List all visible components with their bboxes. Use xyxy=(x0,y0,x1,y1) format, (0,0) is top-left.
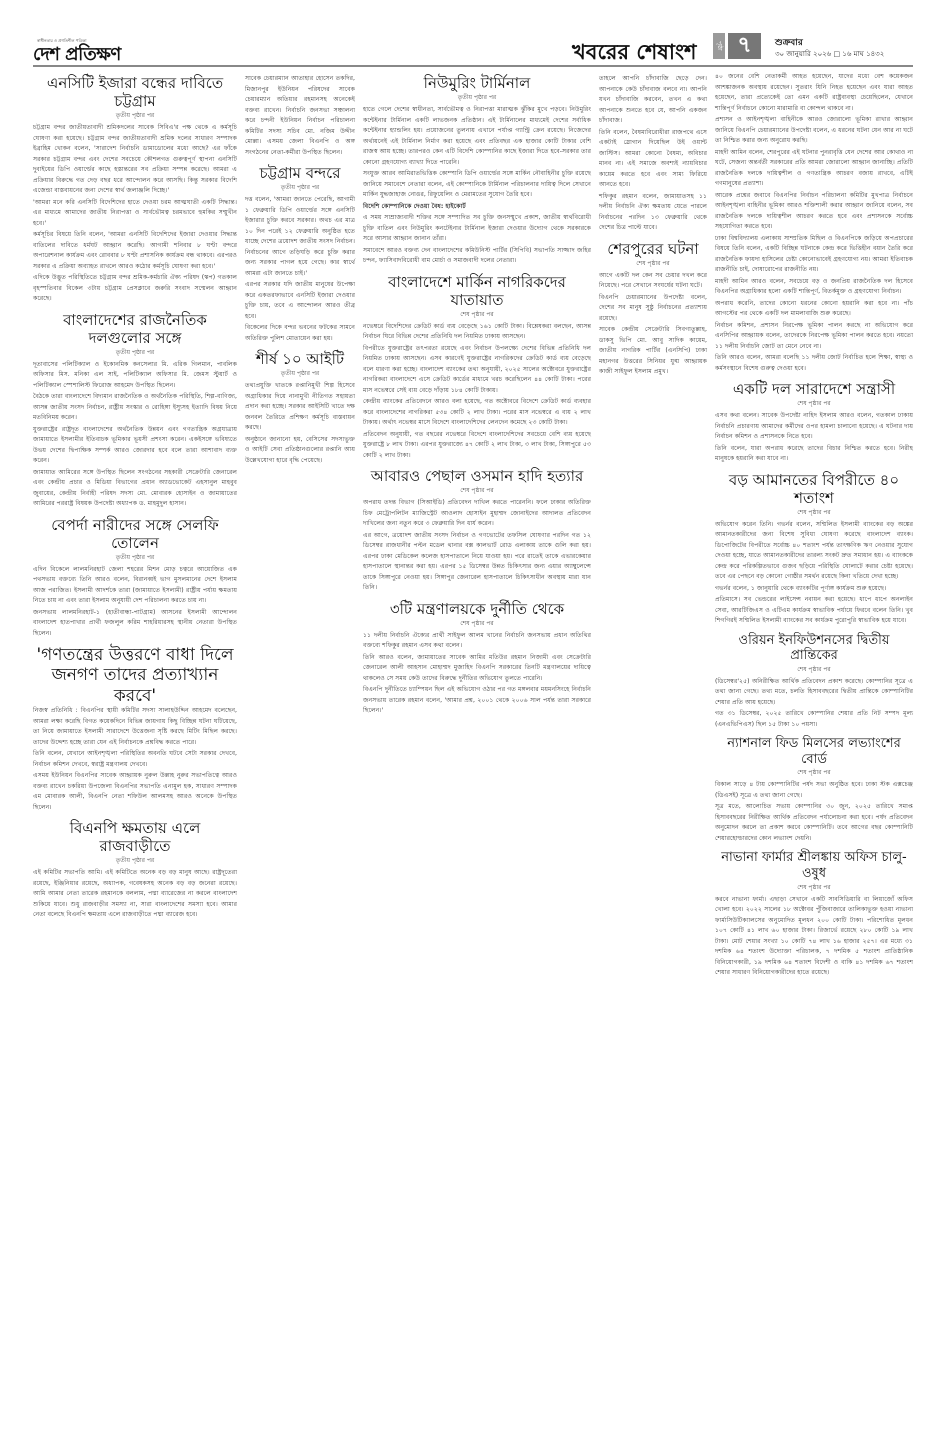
paragraph: কেন্দ্রীয় ব্যাংকের প্রতিবেদনে আরও বলা হ… xyxy=(363,397,591,429)
jump-line: তৃতীয় পৃষ্ঠার পর xyxy=(245,368,355,379)
paragraph: বৈঠকে তারা বাংলাদেশে বিদ্যমান রাজনৈতিক ও… xyxy=(33,392,237,424)
paragraph: তিনি বলেন, যারা অপরাধ করেছে তাদের বিচার … xyxy=(715,444,913,465)
paragraph: শফিকুর রহমান বলেন, জামায়াতসহ ১১ দলীয় ন… xyxy=(599,192,707,234)
paragraph: যুক্তরাষ্ট্রের রাষ্ট্রদূত বাংলাদেশের অর্… xyxy=(33,425,237,467)
jump-line: শেষ পৃষ্ঠার পর xyxy=(599,258,707,269)
paragraph: গত ৩১ ডিসেম্বর, ২০২৫ তারিখে কোম্পানির শে… xyxy=(715,709,913,730)
paragraph: বিএনপি দুর্নীতিতে চ্যাম্পিয়ন ছিল এই অভি… xyxy=(363,685,591,717)
paragraph: তিনি আরও বলেন, জামায়াতের সাবেক আমির মতি… xyxy=(363,653,591,685)
article-nct-lease: এনসিটি ইজারা বন্ধের দাবিতে চট্টগ্রাম তৃত… xyxy=(33,74,237,305)
paragraph: নভেম্বরে বিদেশিদের ক্রেডিট কার্ড ব্যয় ব… xyxy=(363,322,591,343)
article-top-10-it: শীর্ষ ১০ আইটি তৃতীয় পৃষ্ঠার পর তথ্যপ্রয… xyxy=(245,350,355,466)
paragraph: জামায়াত আমিরের সঙ্গে উপস্থিত ছিলেন সংগঠ… xyxy=(33,468,237,510)
paragraph: অনুষ্ঠানে জানানো হয়, বেসিসের সদস্যভুক্ত… xyxy=(245,435,355,467)
article-democracy: 'গণতন্ত্রের উত্তরণে বাধা দিলে জনগণ তাদের… xyxy=(33,645,237,813)
headline: নিউমুরিং টার্মিনাল xyxy=(363,74,591,92)
article-continuation-chandni: সাবেক চেয়ারম্যান আতাহার হোসেন তকদির, মি… xyxy=(245,74,355,158)
jump-line: তৃতীয় পৃষ্ঠার পর xyxy=(33,110,237,121)
article-terrorist-party: একটি দল সারাদেশে সন্ত্রাসী শেষ পৃষ্ঠার প… xyxy=(715,380,913,465)
paragraph: এসব কথা বলেন। সাবেক উপদেষ্টা নাহিদ ইসলাম… xyxy=(715,411,913,443)
headline: বেপর্দা নারীদের সঙ্গে সেলফি তোলেন xyxy=(33,516,237,552)
article-navana-pharma: নাভানা ফার্মার শ্রীলঙ্কায় অফিস চালু-ওষু… xyxy=(715,850,913,978)
paragraph: করবে নাভানা ফার্মা। এছাড়া সেখানে একটি স… xyxy=(715,895,913,979)
article-orion-infusions: ওরিয়ন ইনফিউশনসের দ্বিতীয় প্রান্তিকের শ… xyxy=(715,633,913,731)
article-national-feed-mills: ন্যাশনাল ফিড মিলসের লভ্যাংশের বোর্ড শেষ … xyxy=(715,736,913,844)
article-osman-hadi: আবারও পেছাল ওসমান হাদি হত্যার শেষ পৃষ্ঠা… xyxy=(363,467,591,594)
paragraph: এরপর সরকার যদি জাতীয় মানুষের উপেক্ষা কর… xyxy=(245,280,355,322)
paragraph: কর্মসূচির বিষয়ে তিনি বলেন, 'আমরা এনসিটি… xyxy=(33,230,237,272)
page-body: এনসিটি ইজারা বন্ধের দাবিতে চট্টগ্রাম তৃত… xyxy=(33,68,913,1448)
headline: শেরপুরের ঘটনা xyxy=(599,240,707,258)
paragraph: গভর্নর বলেন, ১ জানুয়ারি থেকে ব্যাংকটির … xyxy=(715,584,913,595)
column-4: তাহলে আপনি চাঁদাবাজি ছেড়ে দেন। আপনাকে ক… xyxy=(599,68,707,382)
article-three-ministries: ৩টি মন্ত্রণালয়কে দুর্নীতি থেকে শেষ পৃষ্… xyxy=(363,600,591,717)
paragraph: এদিন বিকেলে লালমনিরহাট জেলা শহরের মিশন ম… xyxy=(33,565,237,607)
headline: বাংলাদেশে মার্কিন নাগরিকদের যাতায়াত xyxy=(363,273,591,309)
paragraph: অপরাধ তদন্ত বিভাগ (সিআইডি) প্রতিবেদন দাখ… xyxy=(363,498,591,530)
paragraph: ঢাকা বিশ্ববিদ্যালয় এলাকায় সাম্প্রতিক ম… xyxy=(715,234,913,276)
paragraph: বিকেলের দিকে বন্দর ভবনের ফটকের সামনে অতি… xyxy=(245,323,355,344)
masthead-divider xyxy=(33,65,913,67)
paragraph: বিপরীতে যুক্তরাষ্ট্রের তৎপরতা রয়েছে এবং… xyxy=(363,344,591,397)
article-continuation-mahdi-amin: ৪০ জনের বেশি নেতাকর্মী আহত হয়েছেন, যাদে… xyxy=(715,72,913,374)
headline: ওরিয়ন ইনফিউশনসের দ্বিতীয় প্রান্তিকের xyxy=(715,633,913,664)
paragraph: এর আগে, ত্রয়োদশ জাতীয় সংসদ নির্বাচন ও … xyxy=(363,531,591,594)
headline: বড় আমানতের বিপরীতে ৪০ শতাংশ xyxy=(715,471,913,507)
paragraph: মাহদী আমিন বলেন, শেরপুরের এই ঘটনার পুনরা… xyxy=(715,148,913,190)
jump-line: শেষ পৃষ্ঠার পর xyxy=(363,309,591,320)
paragraph: সাবেক চেয়ারম্যান আতাহার হোসেন তকদির, মি… xyxy=(245,74,355,158)
article-selfie: বেপর্দা নারীদের সঙ্গে সেলফি তোলেন তৃতীয়… xyxy=(33,516,237,640)
paragraph: ১১ দলীয় নির্বাচনি ঐক্যের প্রার্থী সাইফু… xyxy=(363,631,591,652)
article-us-citizens: বাংলাদেশে মার্কিন নাগরিকদের যাতায়াত শেষ… xyxy=(363,273,591,462)
paragraph: (ডিসেম্বর'২৫) অনিরীক্ষিত আর্থিক প্রতিবেদ… xyxy=(715,677,913,709)
paragraph: সংযুক্ত আরব আমিরাতভিত্তিক কোম্পানি ডিপি … xyxy=(363,169,591,201)
paragraph: মাহদী আমিন আরও বলেন, সবচেয়ে বড় ও জনপ্র… xyxy=(715,277,913,298)
paragraph: প্রতিবেদন অনুযায়ী, গত বছরের নভেম্বরে বি… xyxy=(363,430,591,462)
headline: ৩টি মন্ত্রণালয়কে দুর্নীতি থেকে xyxy=(363,600,591,618)
paragraph: বিএনপি চেয়ারম্যানের উপদেষ্টা বলেন, দেশে… xyxy=(599,293,707,325)
jump-line: শেষ পৃষ্ঠার পর xyxy=(715,664,913,675)
paragraph: প্রশাসন ও আইনশৃঙ্খলা বাহিনীকে আরও জোরালো… xyxy=(715,115,913,147)
column-3: নিউমুরিং টার্মিনাল তৃতীয় পৃষ্ঠার পর হাত… xyxy=(363,68,591,721)
headline: এনসিটি ইজারা বন্ধের দাবিতে চট্টগ্রাম xyxy=(33,74,237,110)
paragraph: বিকাল সাড়ে ৪ টায় কোম্পানিটির পর্ষদ সভা… xyxy=(715,780,913,801)
paragraph: দত্ত বলেন, 'আমরা জানতে পেরেছি, আগামী ১ ফ… xyxy=(245,195,355,279)
article-newmooring: নিউমুরিং টার্মিনাল তৃতীয় পৃষ্ঠার পর হাত… xyxy=(363,74,591,267)
page-number: ৭ xyxy=(728,33,761,59)
jump-line: শেষ পৃষ্ঠার পর xyxy=(715,767,913,778)
jump-line: তৃতীয় পৃষ্ঠার পর xyxy=(245,182,355,193)
paragraph: এদিকে উদ্ভূত পরিস্থিতিতে চট্টগ্রাম বন্দর… xyxy=(33,273,237,305)
column-1: এনসিটি ইজারা বন্ধের দাবিতে চট্টগ্রাম তৃত… xyxy=(33,68,237,925)
paragraph: এ সময় সাম্রাজ্যবাদী শক্তির সঙ্গে সম্পাদ… xyxy=(363,213,591,245)
paragraph: আগে একটি দল কেন সব চেয়ার দখল করে নিয়েছ… xyxy=(599,271,707,292)
headline: চট্টগ্রাম বন্দরে xyxy=(245,164,355,182)
paragraph: সমাবেশে আরও বক্তব্য দেন বাংলাদেশের কমিউন… xyxy=(363,246,591,267)
paragraph: তিনি আরও বলেন, আমরা বলেছি ১১ দলীয় জোট ন… xyxy=(715,353,913,374)
paragraph: 'আমরা মনে করি এনসিটি বিদেশিদের হাতে দেওয… xyxy=(33,198,237,230)
headline: শীর্ষ ১০ আইটি xyxy=(245,350,355,368)
jump-line: শেষ পৃষ্ঠার পর xyxy=(715,882,913,893)
paragraph: তথ্যপ্রযুক্তি খাতকে রপ্তানিমুখী শিল্প হি… xyxy=(245,381,355,434)
jump-line: তৃতীয় পৃষ্ঠার পর xyxy=(33,552,237,563)
paragraph: নিজস্ব প্রতিনিধি : বিএনপির স্থায়ী কমিটি… xyxy=(33,706,237,748)
headline: ন্যাশনাল ফিড মিলসের লভ্যাংশের বোর্ড xyxy=(715,736,913,767)
headline: একটি দল সারাদেশে সন্ত্রাসী xyxy=(715,380,913,398)
jump-line: শেষ পৃষ্ঠার পর xyxy=(715,507,913,518)
headline: আবারও পেছাল ওসমান হাদি হত্যার xyxy=(363,467,591,485)
paragraph: তাহলে আপনি চাঁদাবাজি ছেড়ে দেন। আপনাকে ক… xyxy=(599,74,707,127)
page-label: পৃষ্ঠা xyxy=(713,33,725,59)
masthead: স্বাধীনতার ও প্রগতিশীল পত্রিকা দেশ প্রতি… xyxy=(0,0,945,52)
paragraph: জনসভায় লালমনিরহাট-১ (হাতীবান্ধা-পাটগ্রা… xyxy=(33,608,237,640)
article-sherpur: শেরপুরের ঘটনা শেষ পৃষ্ঠার পর আগে একটি দল… xyxy=(599,240,707,378)
paragraph: সাবেক কেন্দ্রীয় সেক্রেটারি সিবগাতুল্লাহ… xyxy=(599,325,707,378)
paragraph: অপরাধ করেনি, তাদের কোনো ধরনের কোনো হয়রা… xyxy=(715,299,913,320)
paragraph: প্রতিমাসে। সব ভেন্ডরের লাইসেন্স নবায়ন ক… xyxy=(715,595,913,627)
paragraph: দূতাবাসের পলিটিক্যাল ও ইকোনমিক কনসেলার ম… xyxy=(33,360,237,392)
jump-line: তৃতীয় পৃষ্ঠার পর xyxy=(363,92,591,103)
article-ctg-port: চট্টগ্রাম বন্দরে তৃতীয় পৃষ্ঠার পর দত্ত … xyxy=(245,164,355,344)
headline: 'গণতন্ত্রের উত্তরণে বাধা দিলে জনগণ তাদের… xyxy=(33,645,237,706)
headline: বিএনপি ক্ষমতায় এলে রাজবাড়ীতে xyxy=(33,819,237,855)
column-2: সাবেক চেয়ারম্যান আতাহার হোসেন তকদির, মি… xyxy=(245,68,355,470)
paragraph: হাতে গেলে দেশের স্বাধীনতা, সার্বভৌমত্ব ও… xyxy=(363,105,591,168)
paragraph: ৪০ জনের বেশি নেতাকর্মী আহত হয়েছেন, যাদে… xyxy=(715,72,913,114)
paragraph: এসময় ইউনিয়ন বিএনপির সাবেক আহ্বায়ক নুর… xyxy=(33,771,237,813)
headline: নাভানা ফার্মার শ্রীলঙ্কায় অফিস চালু-ওষু… xyxy=(715,850,913,881)
article-deposit-40-percent: বড় আমানতের বিপরীতে ৪০ শতাংশ শেষ পৃষ্ঠার… xyxy=(715,471,913,627)
headline: বাংলাদেশের রাজনৈতিক দলগুলোর সঙ্গে xyxy=(33,311,237,347)
paragraph: তিনি বলেন, বৈষম্যবিরোধীরা রাজপথে এসে একট… xyxy=(599,128,707,191)
article-political-parties: বাংলাদেশের রাজনৈতিক দলগুলোর সঙ্গে তৃতীয়… xyxy=(33,311,237,510)
jump-line: শেষ পৃষ্ঠার পর xyxy=(363,485,591,496)
paragraph: তিনি বলেন, যেখানে আইনশৃঙ্খলা পরিস্থিতির … xyxy=(33,749,237,770)
jump-line: তৃতীয় পৃষ্ঠার পর xyxy=(33,855,237,866)
paragraph: চট্টগ্রাম বন্দর জাতীয়তাবাদী শ্রমিকদলের … xyxy=(33,123,237,197)
jump-line: শেষ পৃষ্ঠার পর xyxy=(715,398,913,409)
jump-line: তৃতীয় পৃষ্ঠার পর xyxy=(33,347,237,358)
subheading: বিদেশি কোম্পানিকে দেওয়া বৈধ: হাইকোর্ট xyxy=(363,202,591,213)
jump-line: শেষ পৃষ্ঠার পর xyxy=(363,618,591,629)
paragraph: এই কমিটির সভাপতি আমি। এই কমিটিতে অনেক বড… xyxy=(33,868,237,921)
article-continuation-extortion: তাহলে আপনি চাঁদাবাজি ছেড়ে দেন। আপনাকে ক… xyxy=(599,74,707,234)
paragraph: অভিযোগ করেন তিনি। গভর্নর বলেন, সম্মিলিত … xyxy=(715,520,913,583)
paragraph: আরেক প্রশ্নের জবাবে বিএনপির নির্বাচন পরি… xyxy=(715,191,913,233)
article-rajbari: বিএনপি ক্ষমতায় এলে রাজবাড়ীতে তৃতীয় পৃ… xyxy=(33,819,237,921)
paragraph: সূত্র মতে, আলোচিত সভায় কোম্পানির ৩০ জুন… xyxy=(715,802,913,844)
column-5: ৪০ জনের বেশি নেতাকর্মী আহত হয়েছেন, যাদে… xyxy=(715,68,913,983)
paragraph: নির্বাচন কমিশন, প্রশাসন নিরপেক্ষ ভূমিকা … xyxy=(715,321,913,353)
issue-date: ৩০ জানুয়ারি ২০২৬ □ ১৬ মাঘ ১৪৩২ xyxy=(775,48,884,60)
